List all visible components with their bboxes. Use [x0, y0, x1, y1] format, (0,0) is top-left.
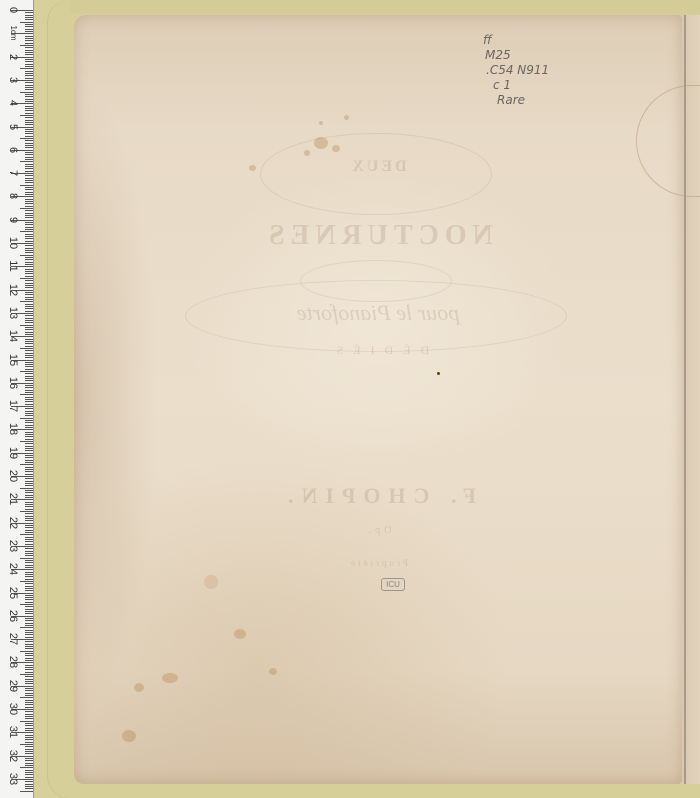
- ruler-tick: [25, 71, 33, 72]
- ruler-tick: [25, 613, 33, 614]
- ruler-tick: [25, 318, 33, 319]
- ruler-number: 13: [7, 301, 19, 325]
- ruler-tick: [25, 574, 33, 575]
- ruler-tick: [25, 15, 33, 16]
- ruler-tick: [20, 488, 33, 489]
- ruler-tick: [25, 224, 33, 225]
- ruler-tick: [25, 143, 33, 144]
- ruler-tick: [25, 101, 33, 102]
- ruler-tick: [25, 548, 33, 549]
- ruler-tick: [25, 502, 33, 503]
- ruler-number: 10: [7, 231, 19, 255]
- ruler-number: 3: [7, 68, 19, 92]
- ruler-tick: [25, 658, 33, 659]
- call-number-line-3: .C54 N911: [486, 63, 549, 78]
- call-number-line-1: ff: [483, 33, 549, 48]
- ruler-tick: [25, 567, 33, 568]
- ruler-tick: [25, 378, 33, 379]
- ruler-tick: [25, 681, 33, 682]
- ruler-tick: [25, 36, 33, 37]
- ruler-tick: [25, 327, 33, 328]
- ruler-tick: [25, 385, 33, 386]
- ruler-tick: [25, 52, 33, 53]
- ruler-tick: [25, 364, 33, 365]
- ruler-tick: [25, 532, 33, 533]
- bleed-line-3: pour le Pianoforte: [74, 300, 682, 326]
- bleed-through-title: DEUX NOCTURNES pour le Pianoforte DÉDIÉS…: [74, 15, 682, 784]
- ruler-tick: [25, 539, 33, 540]
- ruler-tick: [25, 373, 33, 374]
- ruler-tick: [25, 434, 33, 435]
- foxing-spot: [314, 137, 328, 149]
- ruler-tick: [25, 131, 33, 132]
- ruler-tick: [25, 492, 33, 493]
- ruler-tick: [25, 672, 33, 673]
- ruler-tick: [25, 676, 33, 677]
- ruler-tick: [25, 537, 33, 538]
- ruler-number: 4: [7, 91, 19, 115]
- ruler-tick: [25, 94, 33, 95]
- ruler-tick: [25, 129, 33, 130]
- ruler-tick: [25, 443, 33, 444]
- ruler-tick: [25, 588, 33, 589]
- ruler-tick: [25, 644, 33, 645]
- ruler-tick: [20, 185, 33, 186]
- ruler-tick: [25, 401, 33, 402]
- ruler-tick: [25, 469, 33, 470]
- ruler-tick: [25, 688, 33, 689]
- ruler-tick: [25, 457, 33, 458]
- ruler-tick: [25, 201, 33, 202]
- foxing-spot: [269, 668, 277, 675]
- foxing-spot: [249, 165, 256, 171]
- ruler-tick: [25, 646, 33, 647]
- ruler-tick: [25, 471, 33, 472]
- ruler-tick: [25, 641, 33, 642]
- ruler-number: 11: [7, 254, 19, 278]
- ruler-number: 18: [7, 417, 19, 441]
- ruler-tick: [25, 620, 33, 621]
- ruler-tick: [25, 576, 33, 577]
- ruler-tick: [25, 711, 33, 712]
- ruler-tick: [25, 728, 33, 729]
- ruler-tick: [25, 422, 33, 423]
- ruler-tick: [25, 194, 33, 195]
- ruler-tick: [25, 252, 33, 253]
- ruler-tick: [20, 464, 33, 465]
- ruler-tick: [20, 744, 33, 745]
- ruler-number: 32: [7, 744, 19, 768]
- ruler-tick: [25, 716, 33, 717]
- ruler-tick: [20, 348, 33, 349]
- ruler-number: 22: [7, 511, 19, 535]
- ruler-tick: [25, 551, 33, 552]
- ruler-number: 9: [7, 208, 19, 232]
- ruler-tick: [25, 376, 33, 377]
- ruler-tick: [25, 560, 33, 561]
- ruler-tick: [25, 758, 33, 759]
- ruler-tick: [25, 40, 33, 41]
- ruler-tick: [25, 26, 33, 27]
- ruler-tick: [25, 777, 33, 778]
- ruler-number: 21: [7, 487, 19, 511]
- ruler-tick: [25, 229, 33, 230]
- ruler-tick: [25, 12, 33, 13]
- ruler-tick: [25, 164, 33, 165]
- ruler-number: 1cm: [7, 21, 19, 45]
- ruler-tick: [25, 655, 33, 656]
- ruler-tick: [25, 355, 33, 356]
- ruler-tick: [20, 255, 33, 256]
- ruler-tick: [25, 404, 33, 405]
- ruler-tick: [25, 439, 33, 440]
- ruler-tick: [25, 637, 33, 638]
- ruler-tick: [25, 136, 33, 137]
- ruler-tick: [25, 78, 33, 79]
- ruler-tick: [25, 408, 33, 409]
- ruler-tick: [25, 432, 33, 433]
- ruler-tick: [25, 541, 33, 542]
- ruler-tick: [25, 259, 33, 260]
- ruler-tick: [20, 92, 33, 93]
- ruler-tick: [25, 786, 33, 787]
- ruler-tick: [25, 159, 33, 160]
- ruler-tick: [25, 763, 33, 764]
- ruler-tick: [25, 140, 33, 141]
- ink-speck: [437, 372, 440, 375]
- ruler-tick: [25, 287, 33, 288]
- ruler-tick: [25, 117, 33, 118]
- measuring-ruler: 01cm234567891011121314151617181920212223…: [0, 0, 34, 798]
- foxing-spot: [204, 575, 218, 589]
- ruler-number: 8: [7, 184, 19, 208]
- ruler-tick: [25, 737, 33, 738]
- foxing-spot: [319, 121, 323, 125]
- foxing-spot: [134, 683, 144, 692]
- ruler-tick: [25, 203, 33, 204]
- ruler-number: 14: [7, 324, 19, 348]
- ruler-tick: [25, 346, 33, 347]
- ruler-tick: [25, 525, 33, 526]
- ruler-number: 12: [7, 278, 19, 302]
- ruler-tick: [25, 178, 33, 179]
- ruler-tick: [25, 89, 33, 90]
- ruler-tick: [25, 599, 33, 600]
- ruler-number: 2: [7, 45, 19, 69]
- ruler-tick: [25, 632, 33, 633]
- ruler-tick: [25, 308, 33, 309]
- ruler-tick: [25, 460, 33, 461]
- ruler-tick: [25, 133, 33, 134]
- ruler-tick: [25, 399, 33, 400]
- ruler-tick: [25, 362, 33, 363]
- ruler-tick: [25, 714, 33, 715]
- foxing-spot: [162, 673, 178, 683]
- ruler-tick: [25, 380, 33, 381]
- ruler-number: 29: [7, 674, 19, 698]
- call-number-line-5: Rare: [497, 93, 549, 108]
- ruler-tick: [25, 154, 33, 155]
- ruler-tick: [25, 739, 33, 740]
- ruler-tick: [25, 634, 33, 635]
- ruler-tick: [25, 120, 33, 121]
- ruler-tick: [25, 530, 33, 531]
- ruler-tick: [25, 366, 33, 367]
- ruler-tick: [25, 24, 33, 25]
- ruler-tick: [20, 674, 33, 675]
- ruler-tick: [25, 236, 33, 237]
- ruler-tick: [25, 553, 33, 554]
- ruler-tick: [20, 651, 33, 652]
- ruler-tick: [25, 669, 33, 670]
- ruler-tick: [25, 648, 33, 649]
- ruler-tick: [25, 66, 33, 67]
- ruler-tick: [25, 189, 33, 190]
- ruler-tick: [25, 483, 33, 484]
- ruler-number: 5: [7, 115, 19, 139]
- ruler-tick: [20, 604, 33, 605]
- call-number-line-2: M25: [485, 48, 549, 63]
- ruler-tick: [25, 322, 33, 323]
- ruler-tick: [25, 462, 33, 463]
- ruler-number: 27: [7, 627, 19, 651]
- ruler-tick: [25, 241, 33, 242]
- foxing-spot: [122, 730, 136, 742]
- ruler-tick: [25, 264, 33, 265]
- ruler-tick: [25, 171, 33, 172]
- ruler-tick: [20, 208, 33, 209]
- ruler-tick: [25, 723, 33, 724]
- ruler-tick: [25, 210, 33, 211]
- ruler-tick: [25, 227, 33, 228]
- ruler-tick: [25, 166, 33, 167]
- ruler-tick: [25, 467, 33, 468]
- ruler-tick: [25, 213, 33, 214]
- ruler-tick: [25, 474, 33, 475]
- ruler-tick: [25, 168, 33, 169]
- ruler-tick: [25, 50, 33, 51]
- ruler-tick: [25, 59, 33, 60]
- ruler-tick: [25, 238, 33, 239]
- ruler-tick: [25, 29, 33, 30]
- ruler-tick: [20, 627, 33, 628]
- ruler-tick: [25, 343, 33, 344]
- handwritten-call-number: ff M25 .C54 N911 c 1 Rare: [483, 33, 549, 108]
- ruler-tick: [20, 68, 33, 69]
- ruler-tick: [25, 495, 33, 496]
- ruler-tick: [25, 586, 33, 587]
- ruler-tick: [25, 262, 33, 263]
- ruler-tick: [25, 113, 33, 114]
- ruler-tick: [25, 579, 33, 580]
- ruler-tick: [25, 765, 33, 766]
- bleed-line-4: DÉDIÉS: [74, 343, 682, 358]
- bleed-line-6: Op.: [74, 525, 682, 536]
- ruler-tick: [25, 311, 33, 312]
- ruler-tick: [20, 558, 33, 559]
- ruler-tick: [20, 301, 33, 302]
- foxing-spot: [234, 629, 246, 639]
- ruler-tick: [25, 215, 33, 216]
- ruler-tick: [25, 315, 33, 316]
- ruler-tick: [25, 784, 33, 785]
- ruler-tick: [25, 82, 33, 83]
- ruler-tick: [25, 357, 33, 358]
- ruler-tick: [25, 506, 33, 507]
- ruler-tick: [25, 749, 33, 750]
- ruler-tick: [25, 110, 33, 111]
- ruler-tick: [25, 64, 33, 65]
- ruler-tick: [25, 320, 33, 321]
- ruler-tick: [25, 718, 33, 719]
- ruler-tick: [25, 572, 33, 573]
- ruler-tick: [25, 122, 33, 123]
- ruler-tick: [25, 248, 33, 249]
- bleed-line-2: NOCTURNES: [74, 220, 682, 252]
- ruler-tick: [25, 369, 33, 370]
- ruler-tick: [20, 231, 33, 232]
- ruler-tick: [25, 292, 33, 293]
- ruler-tick: [25, 606, 33, 607]
- ruler-number: 30: [7, 697, 19, 721]
- foxing-spot: [332, 145, 340, 152]
- ruler-tick: [20, 791, 33, 792]
- ruler-tick: [25, 415, 33, 416]
- ruler-tick: [25, 730, 33, 731]
- board-top-band: [70, 0, 700, 14]
- ruler-tick: [25, 108, 33, 109]
- ruler-tick: [25, 583, 33, 584]
- ruler-tick: [25, 271, 33, 272]
- ruler-tick: [25, 774, 33, 775]
- ruler-tick: [25, 450, 33, 451]
- ruler-tick: [25, 280, 33, 281]
- ruler-tick: [25, 690, 33, 691]
- ruler-tick: [20, 534, 33, 535]
- ruler-tick: [25, 175, 33, 176]
- ruler-tick: [25, 742, 33, 743]
- ruler-tick: [25, 602, 33, 603]
- ruler-tick: [25, 700, 33, 701]
- ruler-tick: [25, 47, 33, 48]
- ruler-tick: [25, 772, 33, 773]
- ruler-tick: [25, 222, 33, 223]
- ruler-number: 20: [7, 464, 19, 488]
- flourish-ornament: [300, 260, 452, 302]
- ruler-tick: [25, 245, 33, 246]
- ruler-tick: [25, 478, 33, 479]
- ruler-tick: [25, 725, 33, 726]
- ruler-tick: [25, 618, 33, 619]
- ruler-tick: [25, 751, 33, 752]
- library-stamp: ICU: [381, 578, 405, 591]
- ruler-tick: [25, 516, 33, 517]
- ruler-tick: [25, 630, 33, 631]
- ruler-tick: [25, 485, 33, 486]
- ruler-tick: [20, 511, 33, 512]
- ruler-tick: [25, 695, 33, 696]
- ruler-tick: [25, 509, 33, 510]
- ruler-tick: [20, 697, 33, 698]
- ruler-tick: [25, 746, 33, 747]
- ruler-tick: [25, 707, 33, 708]
- ruler-tick: [25, 341, 33, 342]
- foxing-spot: [344, 115, 349, 120]
- ruler-tick: [20, 138, 33, 139]
- ruler-tick: [25, 702, 33, 703]
- ruler-tick: [25, 513, 33, 514]
- ruler-tick: [25, 157, 33, 158]
- ruler-tick: [25, 294, 33, 295]
- ruler-tick: [25, 334, 33, 335]
- ruler-tick: [25, 504, 33, 505]
- ruler-number: 25: [7, 581, 19, 605]
- ruler-tick: [25, 693, 33, 694]
- ruler-tick: [25, 187, 33, 188]
- ruler-tick: [25, 660, 33, 661]
- ruler-tick: [25, 667, 33, 668]
- ruler-tick: [25, 665, 33, 666]
- ruler-number: 24: [7, 557, 19, 581]
- ruler-tick: [25, 455, 33, 456]
- ruler-tick: [25, 299, 33, 300]
- ruler-tick: [25, 306, 33, 307]
- ruler-tick: [25, 17, 33, 18]
- ruler-tick: [25, 436, 33, 437]
- ruler-tick: [20, 581, 33, 582]
- ruler-tick: [25, 520, 33, 521]
- ruler-tick: [25, 611, 33, 612]
- ruler-tick: [25, 31, 33, 32]
- ruler-tick: [25, 350, 33, 351]
- ruler-tick: [25, 788, 33, 789]
- ruler-number: 31: [7, 720, 19, 744]
- ruler-tick: [25, 75, 33, 76]
- ruler-tick: [25, 527, 33, 528]
- ruler-tick: [25, 180, 33, 181]
- ruler-tick: [25, 285, 33, 286]
- ruler-tick: [20, 721, 33, 722]
- ruler-tick: [25, 192, 33, 193]
- ruler-tick: [25, 234, 33, 235]
- ruler-tick: [25, 329, 33, 330]
- ruler-tick: [25, 99, 33, 100]
- ruler-tick: [25, 595, 33, 596]
- ruler-tick: [25, 609, 33, 610]
- ruler-tick: [25, 392, 33, 393]
- ruler-number: 16: [7, 371, 19, 395]
- ruler-tick: [25, 427, 33, 428]
- ruler-tick: [25, 297, 33, 298]
- ruler-tick: [25, 257, 33, 258]
- ruler-tick: [20, 22, 33, 23]
- ruler-tick: [25, 54, 33, 55]
- ruler-tick: [25, 124, 33, 125]
- ruler-tick: [25, 625, 33, 626]
- ruler-tick: [25, 623, 33, 624]
- ruler-tick: [25, 753, 33, 754]
- ruler-tick: [25, 387, 33, 388]
- ruler-tick: [25, 446, 33, 447]
- ruler-tick: [25, 490, 33, 491]
- ruler-tick: [25, 704, 33, 705]
- ruler-tick: [25, 420, 33, 421]
- ruler-tick: [25, 61, 33, 62]
- ruler-tick: [25, 770, 33, 771]
- ruler-tick: [25, 425, 33, 426]
- ruler-tick: [20, 441, 33, 442]
- ruler-tick: [20, 767, 33, 768]
